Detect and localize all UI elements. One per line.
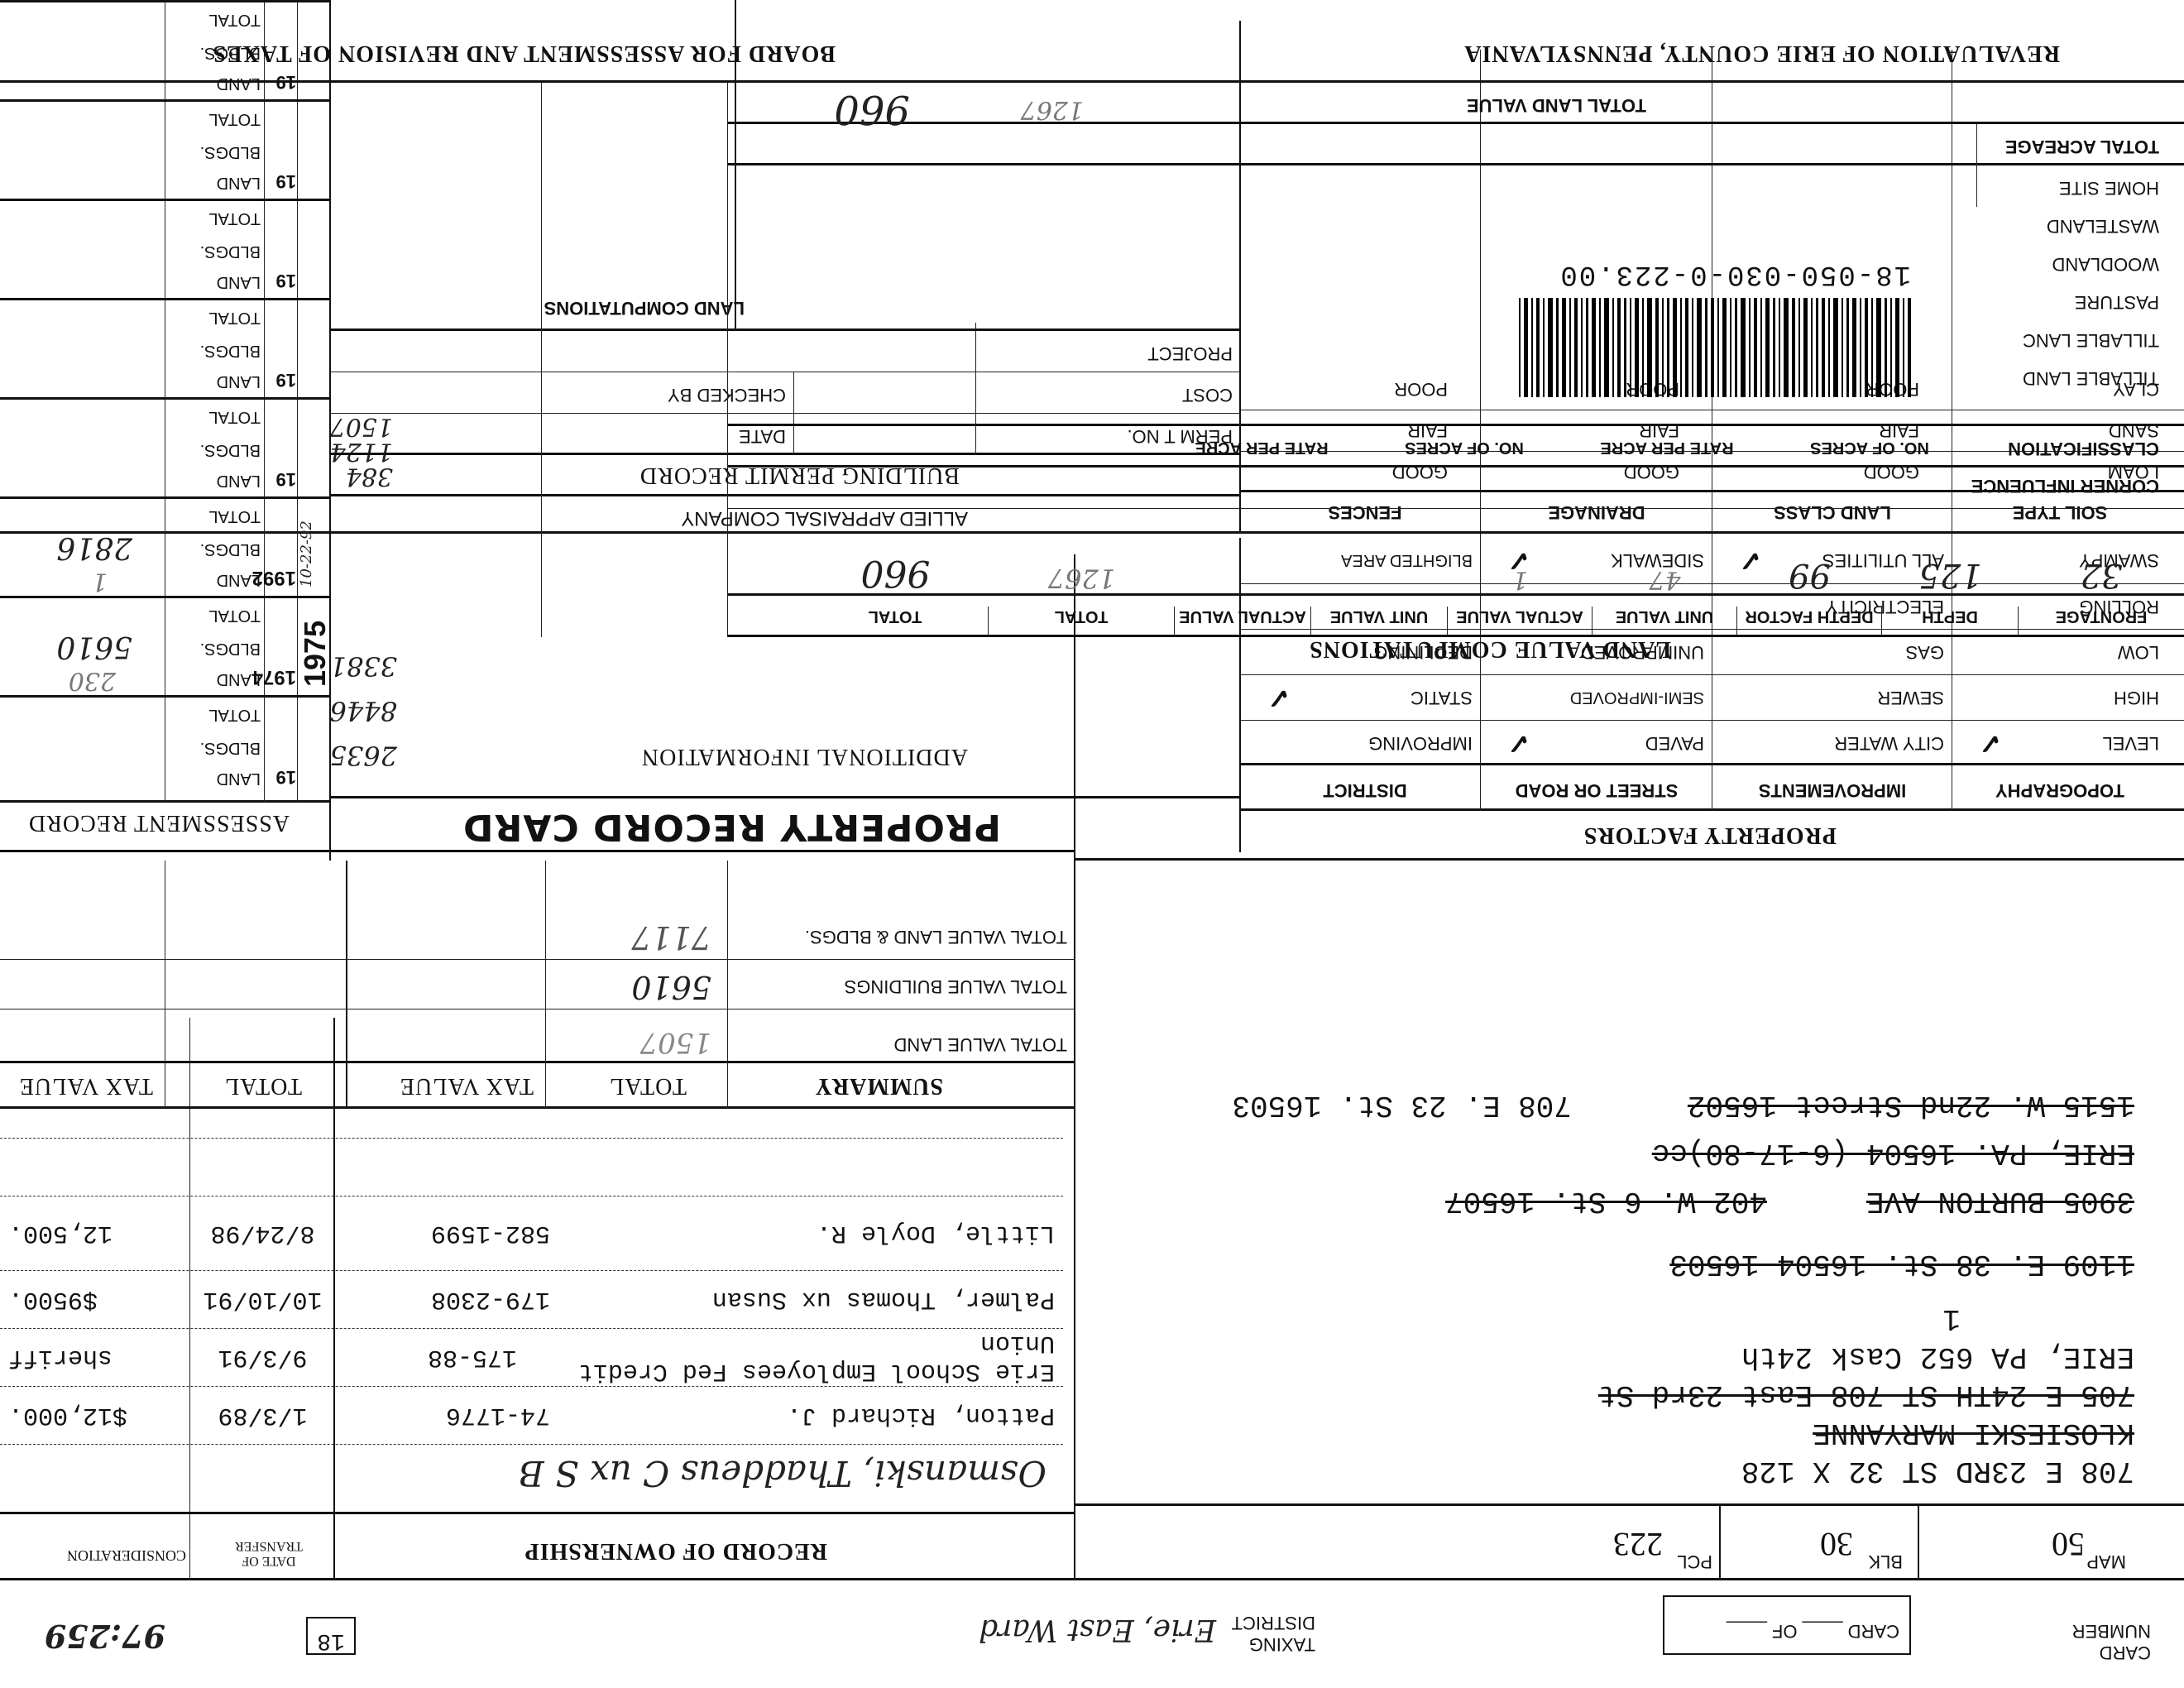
summary-title: SUMMARY [815, 1072, 943, 1099]
address-line: ERIE, PA 652 Cask 24th [1142, 1337, 2134, 1375]
assessment-table: 19 LAND BLDGS. TOTAL 1975 1974 LAND BLDG… [0, 496, 331, 794]
assessment-empty-blocks: 19 LAND BLDGS. TOTAL 19 LAND BLDGS. TOTA… [0, 0, 331, 496]
address-line: 1 [1142, 1299, 2134, 1337]
assessment-block: 19 LAND BLDGS. TOTAL [0, 199, 331, 298]
address-line: 1109 E. 38 St. 16504 16503 [1142, 1244, 2134, 1283]
assessment-block: 19 LAND BLDGS. TOTAL [0, 298, 331, 397]
property-factors-title: PROPERTY FACTORS [1583, 822, 1837, 848]
summary-value: 1507 [639, 1026, 711, 1059]
building-permit-notes: 384 1124 1507 [330, 414, 393, 488]
additional-info-label: ADDITIONAL INFORMATION [641, 743, 968, 770]
summary-row-label: TOTAL VALUE LAND [894, 1033, 1067, 1055]
top-total-value-2: 1267 [1021, 95, 1084, 124]
acreage-rows: TILLABLE LAND TILLABLE LANC PASTURE WOOD… [2023, 169, 2159, 397]
ownership-title: RECORD OF OWNERSHIP [524, 1537, 827, 1564]
summary-value: 5610 [631, 969, 711, 1005]
revaluation-title: REVALUATION OF ERIE COUNTY, PENNSYLVANIA [1463, 40, 2060, 66]
property-record-card: CARD NUMBER CARD ____ OF ____ TAXING DIS… [0, 0, 2184, 1688]
map-label: MAP [2086, 1551, 2126, 1572]
assessment-block: 19 LAND BLDGS. TOTAL [0, 695, 331, 794]
property-record-card-title: PROPERTY RECORD CARD [462, 806, 1001, 848]
address-block: 708 E 23RD ST 32 X 128 KLOSIESKI MARYANN… [1142, 1086, 2134, 1489]
taxing-district-label: TAXING DISTRICT [1216, 1612, 1315, 1655]
ownership-row: Palmer, Thomas ux Susan 179-2308 10/10/9… [0, 1270, 1063, 1328]
board-title: BOARD FOR ASSESSMENT AND REVISION OF TAX… [212, 40, 836, 66]
soil-type-header: SOIL TYPE [1969, 501, 2151, 523]
land-value-headers: FRONTAGE DEPTH DEPTH FACTOR UNIT VALUE A… [728, 607, 2184, 635]
ownership-row: Erie School Employees Fed Credit Union 1… [0, 1328, 1063, 1386]
improvements-header: IMPROVEMENTS [1729, 779, 1936, 801]
pcl-value: 223 [1613, 1525, 1663, 1564]
ownership-row: Patton, Richard J. 74-1776 1/3/89 $12,00… [0, 1386, 1063, 1444]
address-line: 708 E 23RD ST 32 X 128 [1142, 1451, 2134, 1489]
parcel-id: 18-050-030-0-223.00 [1559, 258, 1911, 290]
ownership-row: Osmanski, Thaddeus C ux S B [0, 1444, 1063, 1502]
summary-row-label: TOTAL VALUE BUILDINGS [845, 976, 1067, 997]
district-header: DISTRICT [1257, 779, 1473, 801]
map-value: 50 [2052, 1525, 2085, 1564]
blk-value: 30 [1820, 1525, 1853, 1564]
date-of-transfer-label: DATE OF TRANSFER [211, 1538, 327, 1568]
permit-project-label: PROJECT [1147, 343, 1233, 364]
top-total-value: 960 [834, 86, 910, 132]
pcl-label: PCL [1677, 1551, 1712, 1572]
check-icon[interactable]: ✓ [1267, 681, 1291, 714]
address-line: 1515 W. 22nd Street 16502 [1688, 1086, 2134, 1124]
address-line: KLOSIESKI MARYANNE [1142, 1413, 2134, 1451]
assessment-block: 19 LAND BLDGS. TOTAL [0, 99, 331, 199]
check-icon[interactable]: ✓ [1952, 727, 2002, 760]
address-line: 708 E. 23 St. 16503 [1232, 1086, 1571, 1124]
assessment-record-title: ASSESSMENT RECORD [28, 809, 290, 836]
assessment-block: 10-22-92 1992 LAND BLDGS. TOTAL 1 2816 [0, 496, 331, 596]
barcode-icon [1415, 298, 1911, 397]
permit-date-label: DATE [739, 425, 786, 447]
assessment-block: 1975 1974 LAND BLDGS. TOTAL 230 5610 [0, 596, 331, 695]
summary-row-label: TOTAL VALUE LAND & BLDGS. [805, 926, 1067, 947]
topography-header: TOPOGRAPHY [1969, 779, 2151, 801]
allied-company: ALLIED APPRAISAL COMPANY [681, 506, 968, 530]
land-value-row: 32 125 99 47 1 1267 960 [728, 544, 2184, 594]
land-value-computations-title: LAND VALUE COMPUTATIONS [1309, 635, 1671, 662]
card-number-label: CARD NUMBER [2052, 1620, 2151, 1663]
parcel-barcode: 18-050-030-0-223.00 [1559, 252, 1911, 290]
summary-value: 7117 [631, 919, 711, 956]
land-class-header: LAND CLASS [1729, 501, 1936, 523]
acreage-col-headers: NO. OF ACRES RATE PER ACRE NO. OF ACRES … [1158, 438, 1969, 457]
land-computations-label: LAND COMPUTATIONS [544, 297, 745, 319]
ownership-table: Osmanski, Thaddeus C ux S B Patton, Rich… [0, 1080, 1063, 1502]
ownership-row [0, 1138, 1063, 1196]
address-line: 3905 BURTON AVE [1866, 1182, 2134, 1220]
ward-box: 18 [306, 1617, 356, 1655]
total-acreage-label: TOTAL ACREAGE [2005, 136, 2159, 157]
ownership-row: Little, Doyle R. 582-1599 8/24/98 12,500… [0, 1196, 1063, 1270]
summary-col-tax-1: TAX VALUE [400, 1072, 534, 1099]
taxing-district-value: Erie, East Ward [979, 1613, 1216, 1647]
address-line: ERIE, PA. 16504 (6-17-80)cc [1142, 1134, 2134, 1172]
corner-influence-label: CORNER INFLUENCE [1971, 475, 2159, 496]
classification-label: CLASSIFICATION [2008, 438, 2159, 459]
summary-col-total-1: TOTAL [609, 1072, 687, 1099]
street-header: STREET OR ROAD [1489, 779, 1704, 801]
check-icon[interactable]: ✓ [1481, 727, 1530, 760]
address-line: 402 W. 6 St. 16507 [1445, 1182, 1767, 1220]
summary-col-total-2: TOTAL [224, 1072, 302, 1099]
card-of-box[interactable]: CARD ____ OF ____ [1663, 1595, 1911, 1655]
total-land-value-label: TOTAL LAND VALUE [1467, 94, 1646, 116]
fences-header: FENCES [1257, 501, 1473, 523]
assessment-block: 19 LAND BLDGS. TOTAL [0, 397, 331, 496]
permit-cost-label: COST [1182, 384, 1233, 405]
additional-info-notes: 2635 8446 3381 [330, 644, 397, 778]
address-line: 705 E 24TH ST 708 East 23rd St [1142, 1375, 2134, 1413]
consideration-label: CONSIDERATION [67, 1547, 186, 1564]
summary-col-tax-2: TAX VALUE [19, 1072, 153, 1099]
blk-label: BLK [1868, 1551, 1903, 1572]
file-stamp: 97:259 [45, 1618, 165, 1655]
drainage-header: DRAINAGE [1489, 501, 1704, 523]
